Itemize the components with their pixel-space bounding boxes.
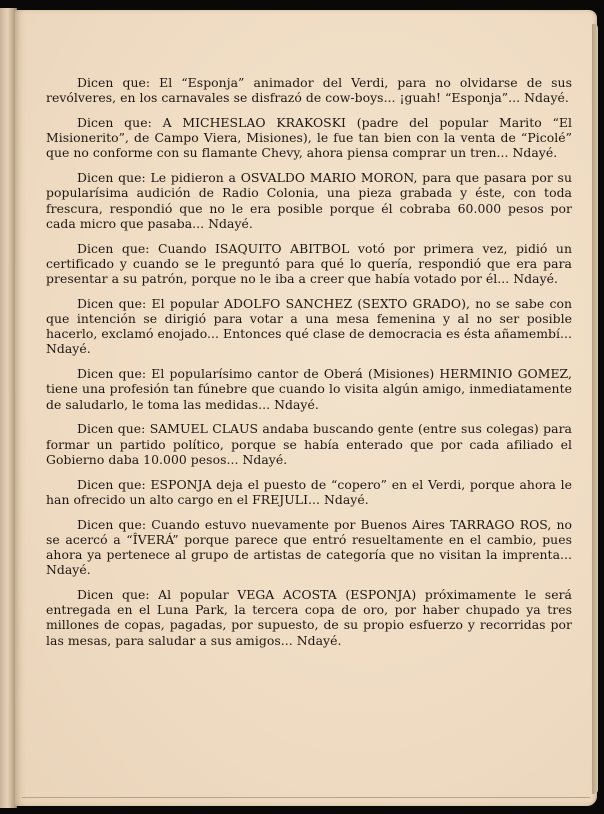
paragraph-sanchez: Dicen que: El popular ADOLFO SANCHEZ (SE… [46,296,572,357]
page-edge-right [592,24,598,794]
paragraph-vega-acosta: Dicen que: Al popular VEGA ACOSTA (ESPON… [46,587,572,648]
paragraph-tarrago-ros: Dicen que: Cuando estuvo nuevamente por … [46,517,572,578]
paragraph-claus: Dicen que: SAMUEL CLAUS andaba buscando … [46,421,572,467]
paragraph-abitbol: Dicen que: Cuando ISAQUITO ABITBOL votó … [46,241,572,287]
paragraph-gomez: Dicen que: El popularísimo cantor de Obe… [46,366,572,412]
text-column: Dicen que: El “Esponja” animador del Ver… [46,75,572,657]
paragraph-krakoski: Dicen que: A MICHESLAO KRAKOSKI (padre d… [46,115,572,161]
paragraph-esponja-frejuli: Dicen que: ESPONJA deja el puesto de “co… [46,477,572,507]
page-bottom-edge [22,797,590,798]
paragraph-esponja-carnaval: Dicen que: El “Esponja” animador del Ver… [46,75,572,105]
paragraph-moron: Dicen que: Le pidieron a OSVALDO MARIO M… [46,170,572,231]
